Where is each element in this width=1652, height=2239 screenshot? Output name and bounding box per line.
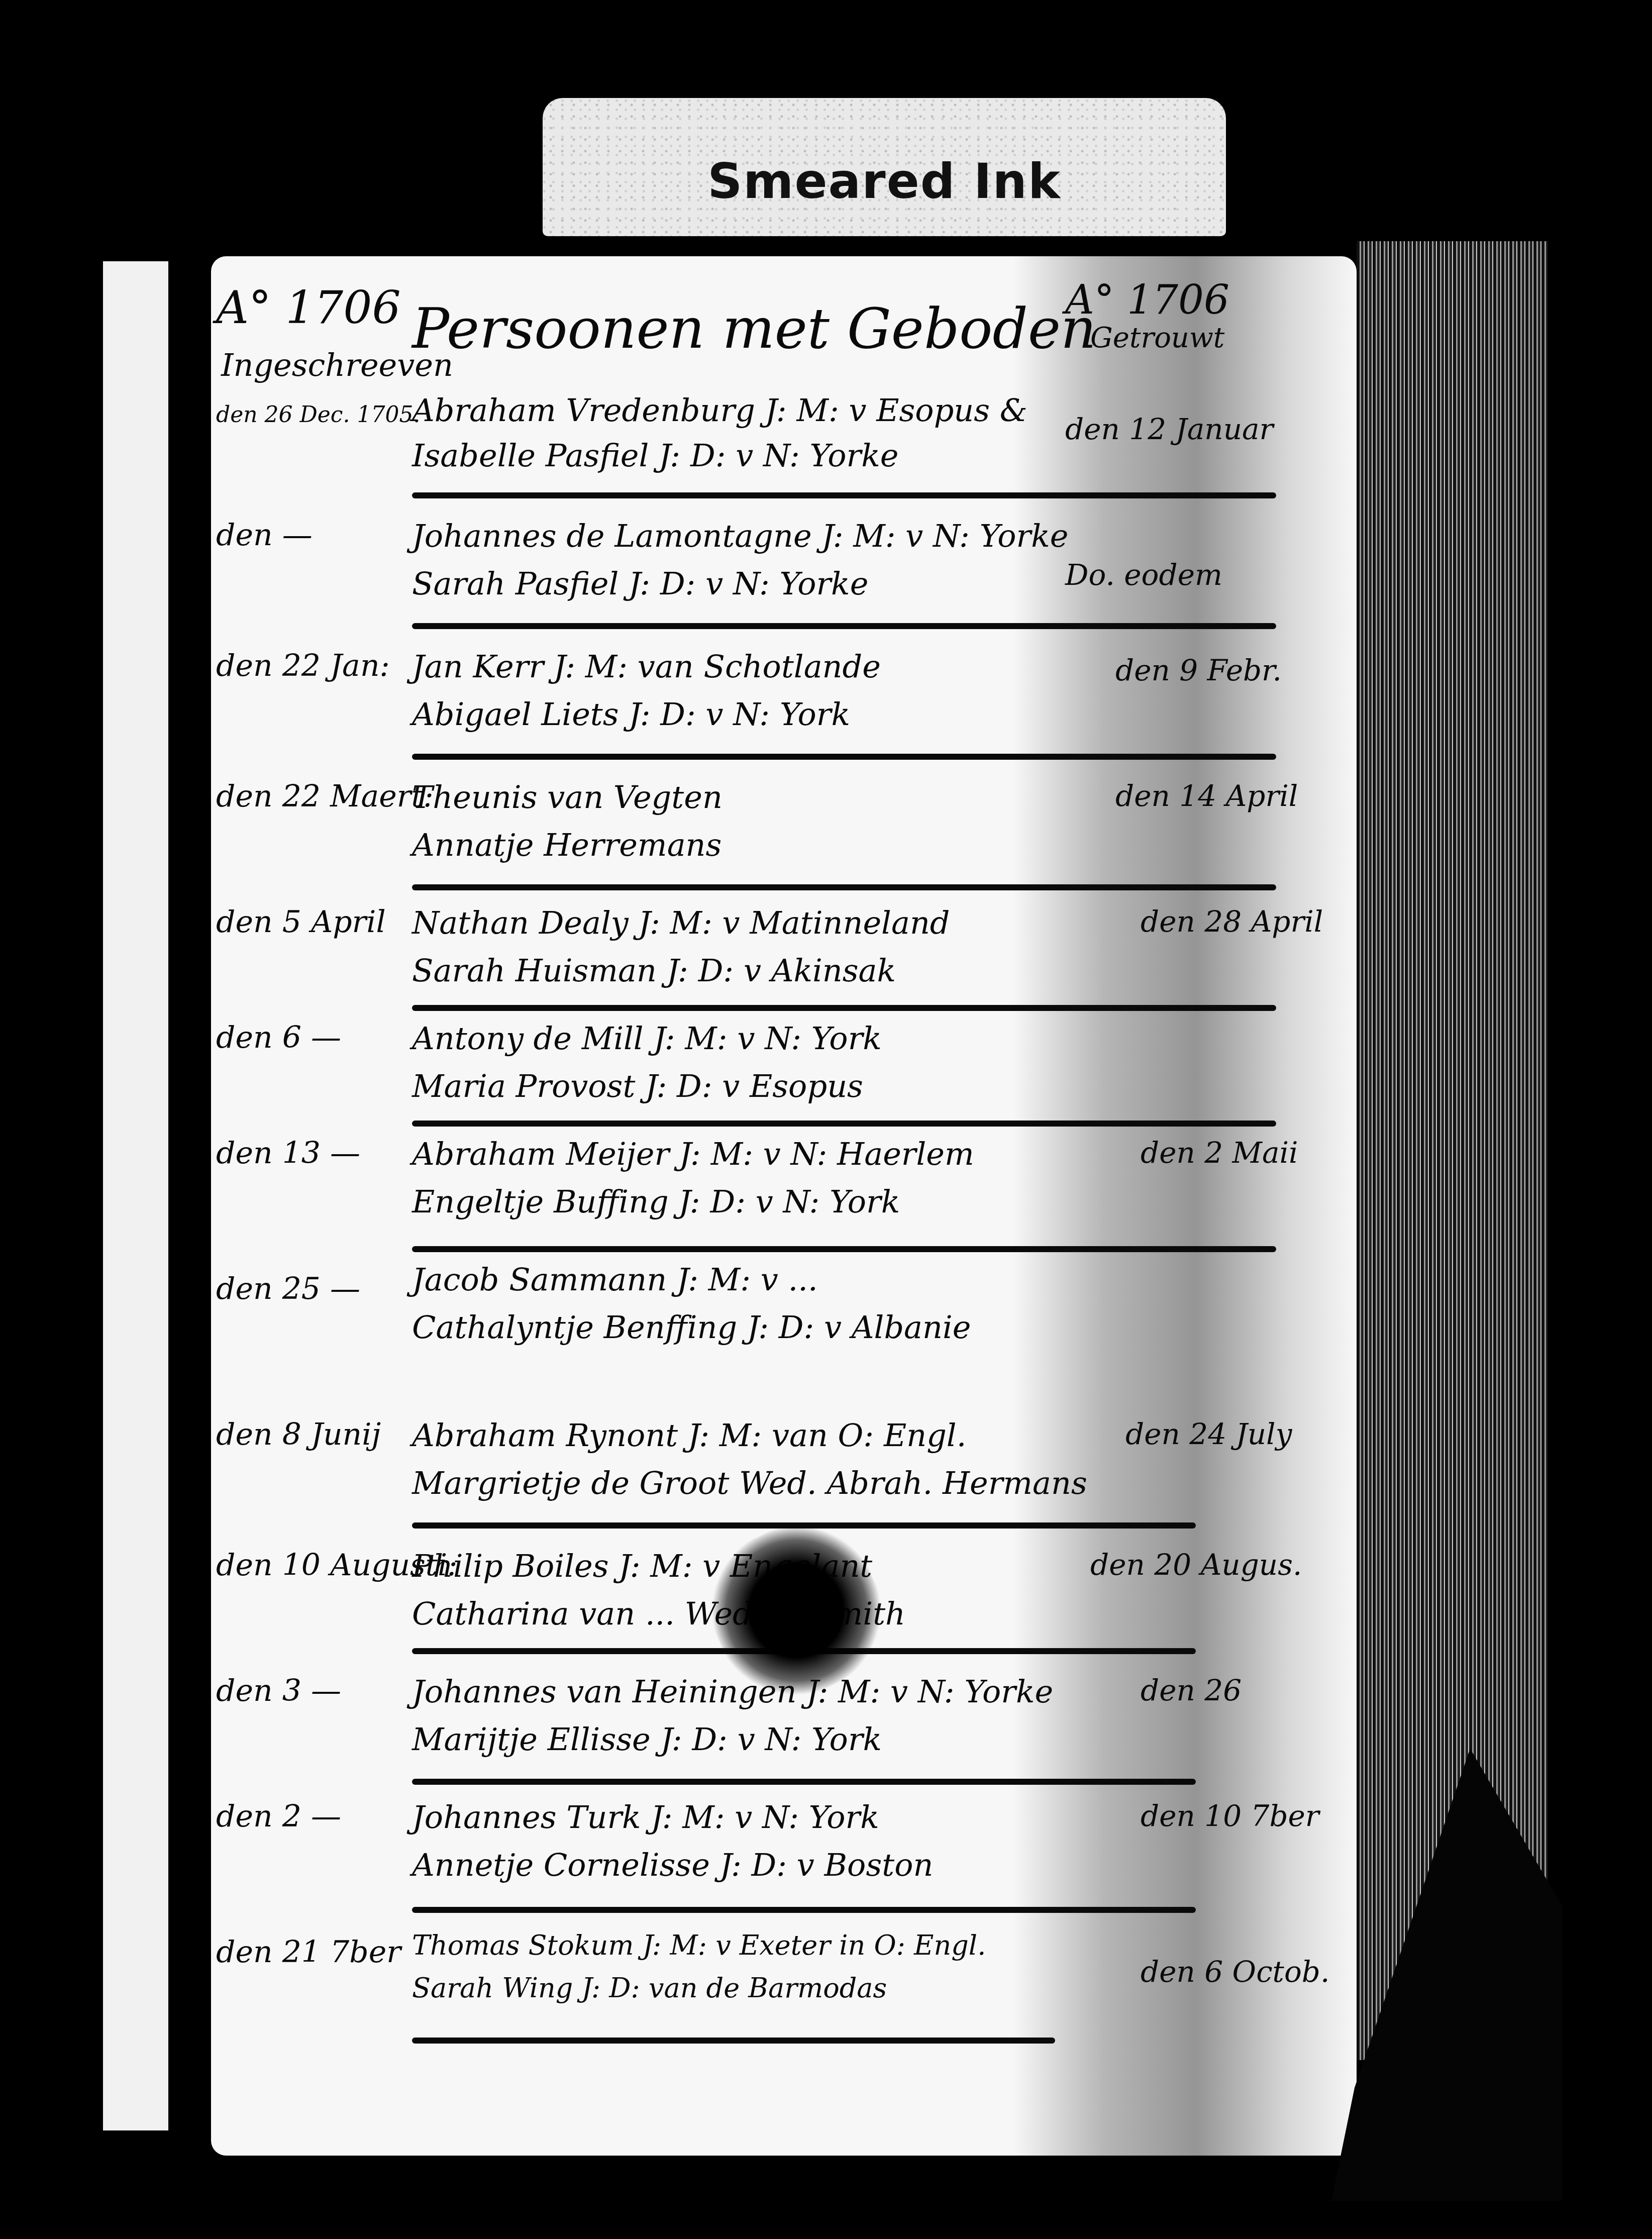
entry-groom: Abraham Rynont J: M: van O: Engl. [412,1417,966,1454]
entry-divider [412,754,1276,760]
entry-date: den 21 7ber [216,1935,401,1970]
entry-date: den 3 — [216,1673,341,1708]
entry-groom: Antony de Mill J: M: v N: York [412,1020,882,1057]
entry-groom: Jan Kerr J: M: van Schotlande [412,648,881,685]
header-year-right: A° 1706 [1065,276,1229,323]
entry-bride: Abigael Liets J: D: v N: York [412,696,850,733]
entry-date: den — [216,518,313,553]
entry-groom: Johannes van Heiningen J: M: v N: Yorke [412,1673,1053,1710]
entry-marriage-date: den 26 [1141,1673,1242,1707]
entry-divider [412,623,1276,629]
facing-page-strip [103,261,168,2130]
header-year-left: A° 1706 [216,281,401,334]
entry-divider [412,1005,1276,1011]
entry-marriage-date: den 6 Octob. [1141,1955,1329,1989]
entry-bride: Marijtje Ellisse J: D: v N: York [412,1721,882,1758]
entry-divider [412,1246,1276,1252]
entry-date: den 13 — [216,1136,360,1171]
entry-bride: Margrietje de Groot Wed. Abrah. Hermans [412,1465,1087,1501]
entry-groom: Jacob Sammann J: M: v ... [412,1261,818,1298]
entry-bride: Annatje Herremans [412,827,721,863]
header-married-label: Getrouwt [1090,322,1224,354]
page-title: Persoonen met Geboden [412,296,1096,361]
entry-bride: Maria Provost J: D: v Esopus [412,1068,863,1104]
entry-bride: Sarah Wing J: D: van de Barmodas [412,1972,887,2004]
entry-date: den 25 — [216,1271,360,1306]
entry-date: den 2 — [216,1799,341,1834]
entry-marriage-date: den 20 Augus. [1090,1548,1302,1582]
archive-label-tab: Smeared Ink [543,98,1226,236]
entry-groom: Nathan Dealy J: M: v Matinneland [412,904,950,941]
entry-bride: Isabelle Pasfiel J: D: v N: Yorke [412,437,898,474]
entry-marriage-date: den 14 April [1115,779,1298,813]
entry-groom: Abraham Vredenburg J: M: v Esopus & [412,392,1027,429]
entry-marriage-date: den 10 7ber [1141,1799,1319,1833]
entry-date: den 22 Jan: [216,648,390,683]
book-page-edges [1357,241,1547,2060]
entry-groom: Thomas Stokum J: M: v Exeter in O: Engl. [412,1929,986,1961]
entry-marriage-date: den 24 July [1125,1417,1292,1451]
entry-divider [412,1907,1196,1913]
entry-marriage-date: den 9 Febr. [1115,653,1282,687]
entry-divider [412,1779,1196,1785]
entry-groom: Theunis van Vegten [412,779,722,816]
entry-bride: Sarah Huisman J: D: v Akinsak [412,952,896,989]
entry-bride: Cathalyntje Benffing J: D: v Albanie [412,1309,971,1346]
entry-divider [412,1121,1276,1127]
entry-groom: Johannes de Lamontagne J: M: v N: Yorke [412,518,1068,554]
entry-marriage-date: Do. eodem [1065,558,1222,592]
entry-marriage-date: den 28 April [1141,904,1323,939]
entry-divider [412,492,1276,498]
entry-groom: Abraham Meijer J: M: v N: Haerlem [412,1136,974,1172]
entry-date: den 22 Maert: [216,779,434,814]
entry-marriage-date: den 2 Maii [1141,1136,1298,1170]
entry-date: den 8 Junij [216,1417,381,1452]
entry-marriage-date: den 12 Januar [1065,412,1273,446]
header-registered-date: den 26 Dec. 1705. [216,402,420,428]
entry-divider [412,2038,1055,2044]
entry-date: den 6 — [216,1020,341,1055]
entry-bride: Annetje Cornelisse J: D: v Boston [412,1847,933,1883]
smeared-ink-label: Smeared Ink [543,153,1226,210]
entry-groom: Johannes Turk J: M: v N: York [412,1799,879,1836]
entry-bride: Engeltje Buffing J: D: v N: York [412,1183,900,1220]
entry-divider [412,884,1276,890]
entry-date: den 5 April [216,904,386,940]
entry-bride: Sarah Pasfiel J: D: v N: Yorke [412,565,868,602]
